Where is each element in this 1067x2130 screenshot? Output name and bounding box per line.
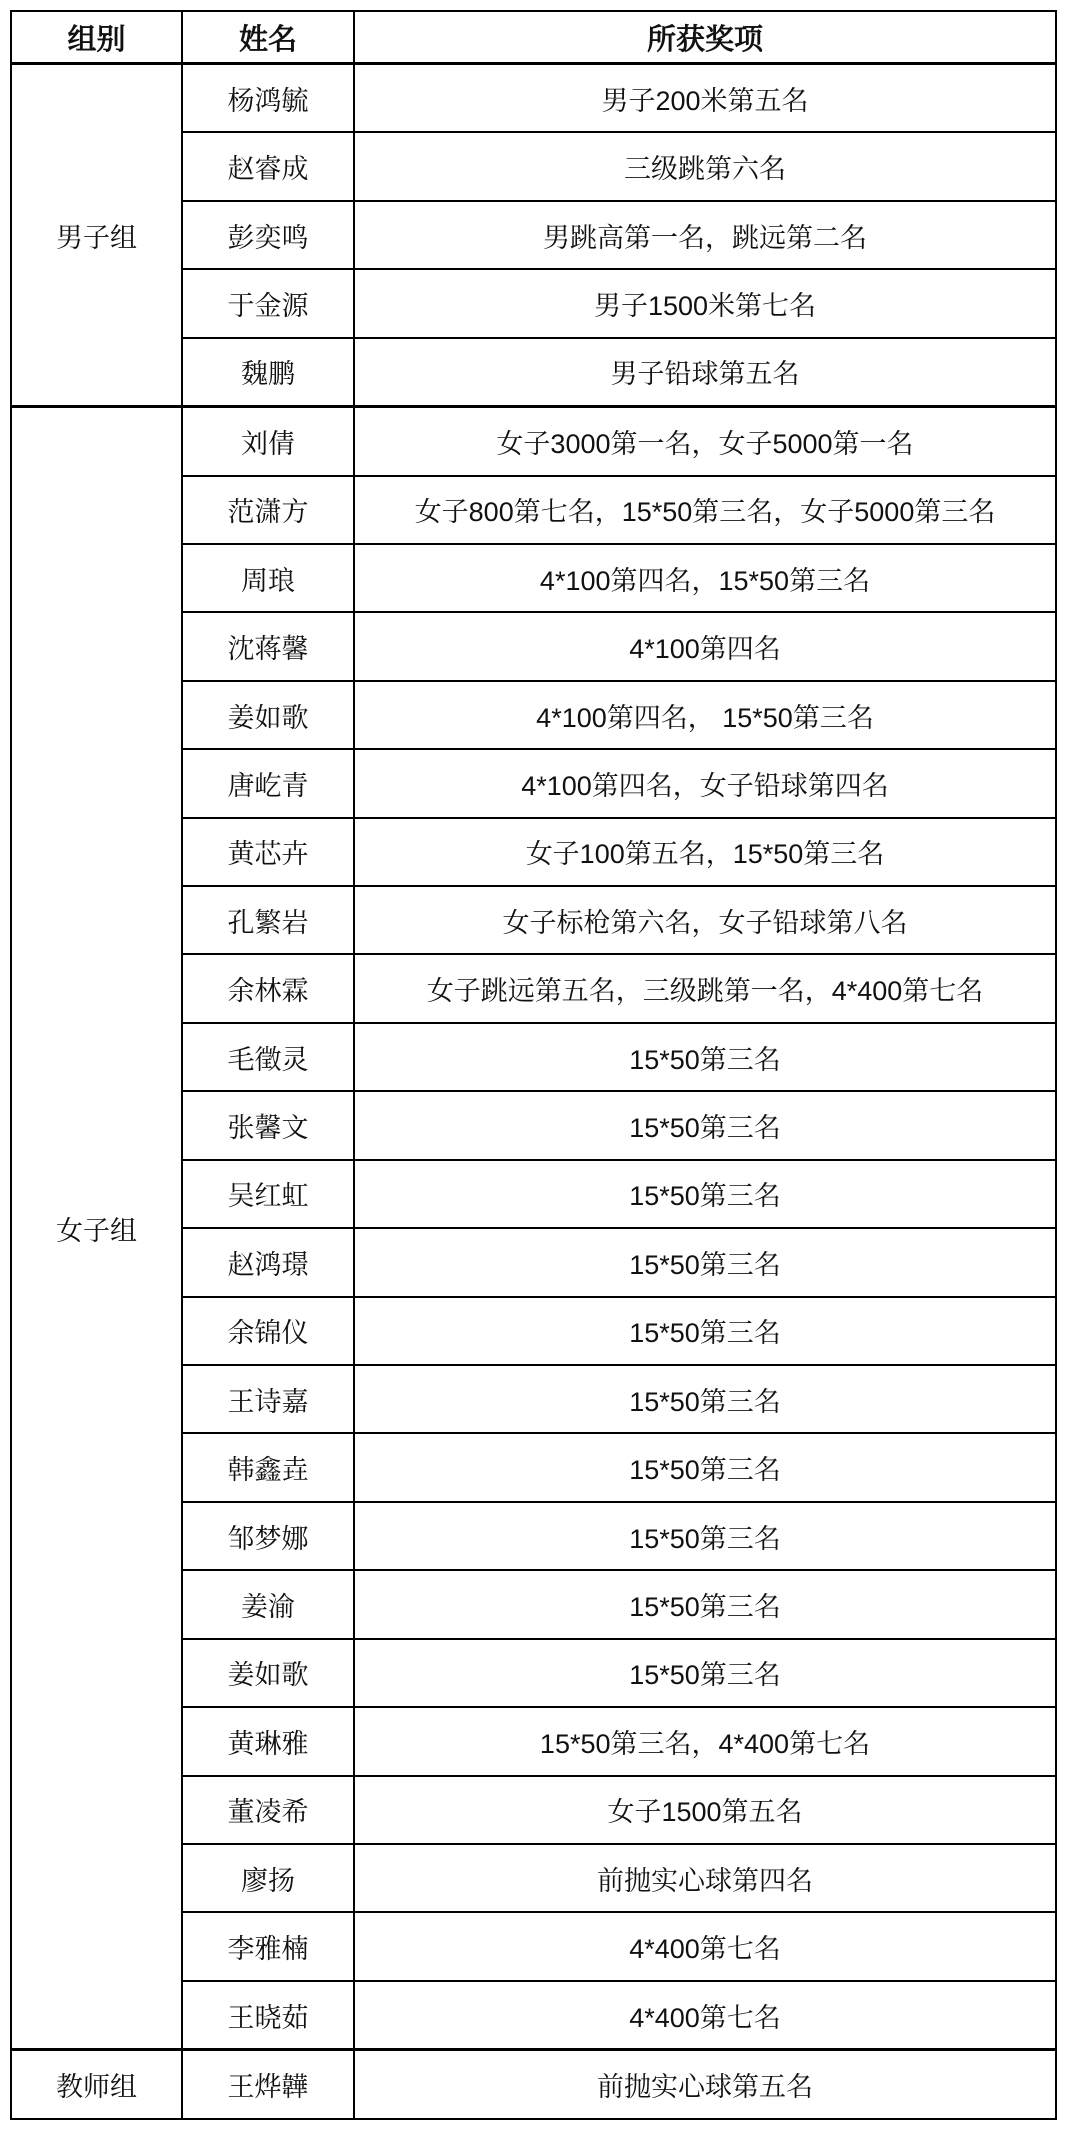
- header-row: 组别 姓名 所获奖项: [11, 11, 1056, 64]
- name-cell: 姜如歌: [182, 681, 354, 749]
- award-cell: 15*50第三名: [354, 1160, 1056, 1228]
- award-cell: 前抛实心球第五名: [354, 2050, 1056, 2119]
- name-cell: 王诗嘉: [182, 1365, 354, 1433]
- award-cell: 前抛实心球第四名: [354, 1844, 1056, 1912]
- name-cell: 毛徵灵: [182, 1023, 354, 1091]
- name-cell: 魏鹏: [182, 338, 354, 407]
- name-cell: 周琅: [182, 544, 354, 612]
- award-cell: 15*50第三名: [354, 1570, 1056, 1638]
- name-cell: 黄芯卉: [182, 818, 354, 886]
- awards-table-body: 男子组杨鸿毓男子200米第五名赵睿成三级跳第六名彭奕鸣男跳高第一名，跳远第二名于…: [11, 64, 1056, 2120]
- header-group-column: 组别: [11, 11, 182, 64]
- award-cell: 15*50第三名: [354, 1023, 1056, 1091]
- award-cell: 15*50第三名: [354, 1502, 1056, 1570]
- award-cell: 15*50第三名: [354, 1365, 1056, 1433]
- award-cell: 15*50第三名: [354, 1228, 1056, 1296]
- table-row: 女子组刘倩女子3000第一名，女子5000第一名: [11, 407, 1056, 476]
- group-cell: 教师组: [11, 2050, 182, 2119]
- header-award-column: 所获奖项: [354, 11, 1056, 64]
- name-cell: 邹梦娜: [182, 1502, 354, 1570]
- award-cell: 15*50第三名: [354, 1639, 1056, 1707]
- award-cell: 女子标枪第六名，女子铅球第八名: [354, 886, 1056, 954]
- name-cell: 孔繁岩: [182, 886, 354, 954]
- name-cell: 王烨韡: [182, 2050, 354, 2119]
- group-cell: 男子组: [11, 64, 182, 407]
- header-name-column: 姓名: [182, 11, 354, 64]
- name-cell: 吴红虹: [182, 1160, 354, 1228]
- name-cell: 唐屹青: [182, 749, 354, 817]
- name-cell: 彭奕鸣: [182, 201, 354, 269]
- award-cell: 女子800第七名，15*50第三名，女子5000第三名: [354, 476, 1056, 544]
- award-cell: 女子跳远第五名，三级跳第一名，4*400第七名: [354, 954, 1056, 1022]
- award-cell: 4*100第四名: [354, 612, 1056, 680]
- name-cell: 姜如歌: [182, 1639, 354, 1707]
- award-cell: 女子3000第一名，女子5000第一名: [354, 407, 1056, 476]
- table-row: 男子组杨鸿毓男子200米第五名: [11, 64, 1056, 133]
- award-cell: 男子铅球第五名: [354, 338, 1056, 407]
- name-cell: 赵鸿璟: [182, 1228, 354, 1296]
- name-cell: 李雅楠: [182, 1912, 354, 1980]
- table-row: 教师组王烨韡前抛实心球第五名: [11, 2050, 1056, 2119]
- name-cell: 赵睿成: [182, 132, 354, 200]
- award-cell: 男跳高第一名，跳远第二名: [354, 201, 1056, 269]
- name-cell: 姜渝: [182, 1570, 354, 1638]
- award-cell: 男子200米第五名: [354, 64, 1056, 133]
- award-cell: 4*100第四名，15*50第三名: [354, 544, 1056, 612]
- award-cell: 女子100第五名，15*50第三名: [354, 818, 1056, 886]
- award-cell: 15*50第三名: [354, 1433, 1056, 1501]
- name-cell: 张馨文: [182, 1091, 354, 1159]
- name-cell: 王晓茹: [182, 1981, 354, 2050]
- name-cell: 廖扬: [182, 1844, 354, 1912]
- name-cell: 刘倩: [182, 407, 354, 476]
- award-cell: 15*50第三名: [354, 1297, 1056, 1365]
- award-cell: 男子1500米第七名: [354, 269, 1056, 337]
- name-cell: 黄琳雅: [182, 1707, 354, 1775]
- awards-table: 组别 姓名 所获奖项 男子组杨鸿毓男子200米第五名赵睿成三级跳第六名彭奕鸣男跳…: [10, 10, 1057, 2120]
- award-cell: 女子1500第五名: [354, 1776, 1056, 1844]
- awards-table-header: 组别 姓名 所获奖项: [11, 11, 1056, 64]
- award-cell: 4*400第七名: [354, 1981, 1056, 2050]
- award-cell: 4*100第四名， 15*50第三名: [354, 681, 1056, 749]
- award-cell: 15*50第三名: [354, 1091, 1056, 1159]
- award-cell: 三级跳第六名: [354, 132, 1056, 200]
- name-cell: 范潇方: [182, 476, 354, 544]
- name-cell: 余锦仪: [182, 1297, 354, 1365]
- award-cell: 15*50第三名，4*400第七名: [354, 1707, 1056, 1775]
- name-cell: 董凌希: [182, 1776, 354, 1844]
- awards-table-container: 组别 姓名 所获奖项 男子组杨鸿毓男子200米第五名赵睿成三级跳第六名彭奕鸣男跳…: [10, 10, 1057, 2120]
- group-cell: 女子组: [11, 407, 182, 2050]
- name-cell: 于金源: [182, 269, 354, 337]
- award-cell: 4*100第四名，女子铅球第四名: [354, 749, 1056, 817]
- name-cell: 杨鸿毓: [182, 64, 354, 133]
- name-cell: 沈蒋馨: [182, 612, 354, 680]
- name-cell: 余林霖: [182, 954, 354, 1022]
- name-cell: 韩鑫垚: [182, 1433, 354, 1501]
- award-cell: 4*400第七名: [354, 1912, 1056, 1980]
